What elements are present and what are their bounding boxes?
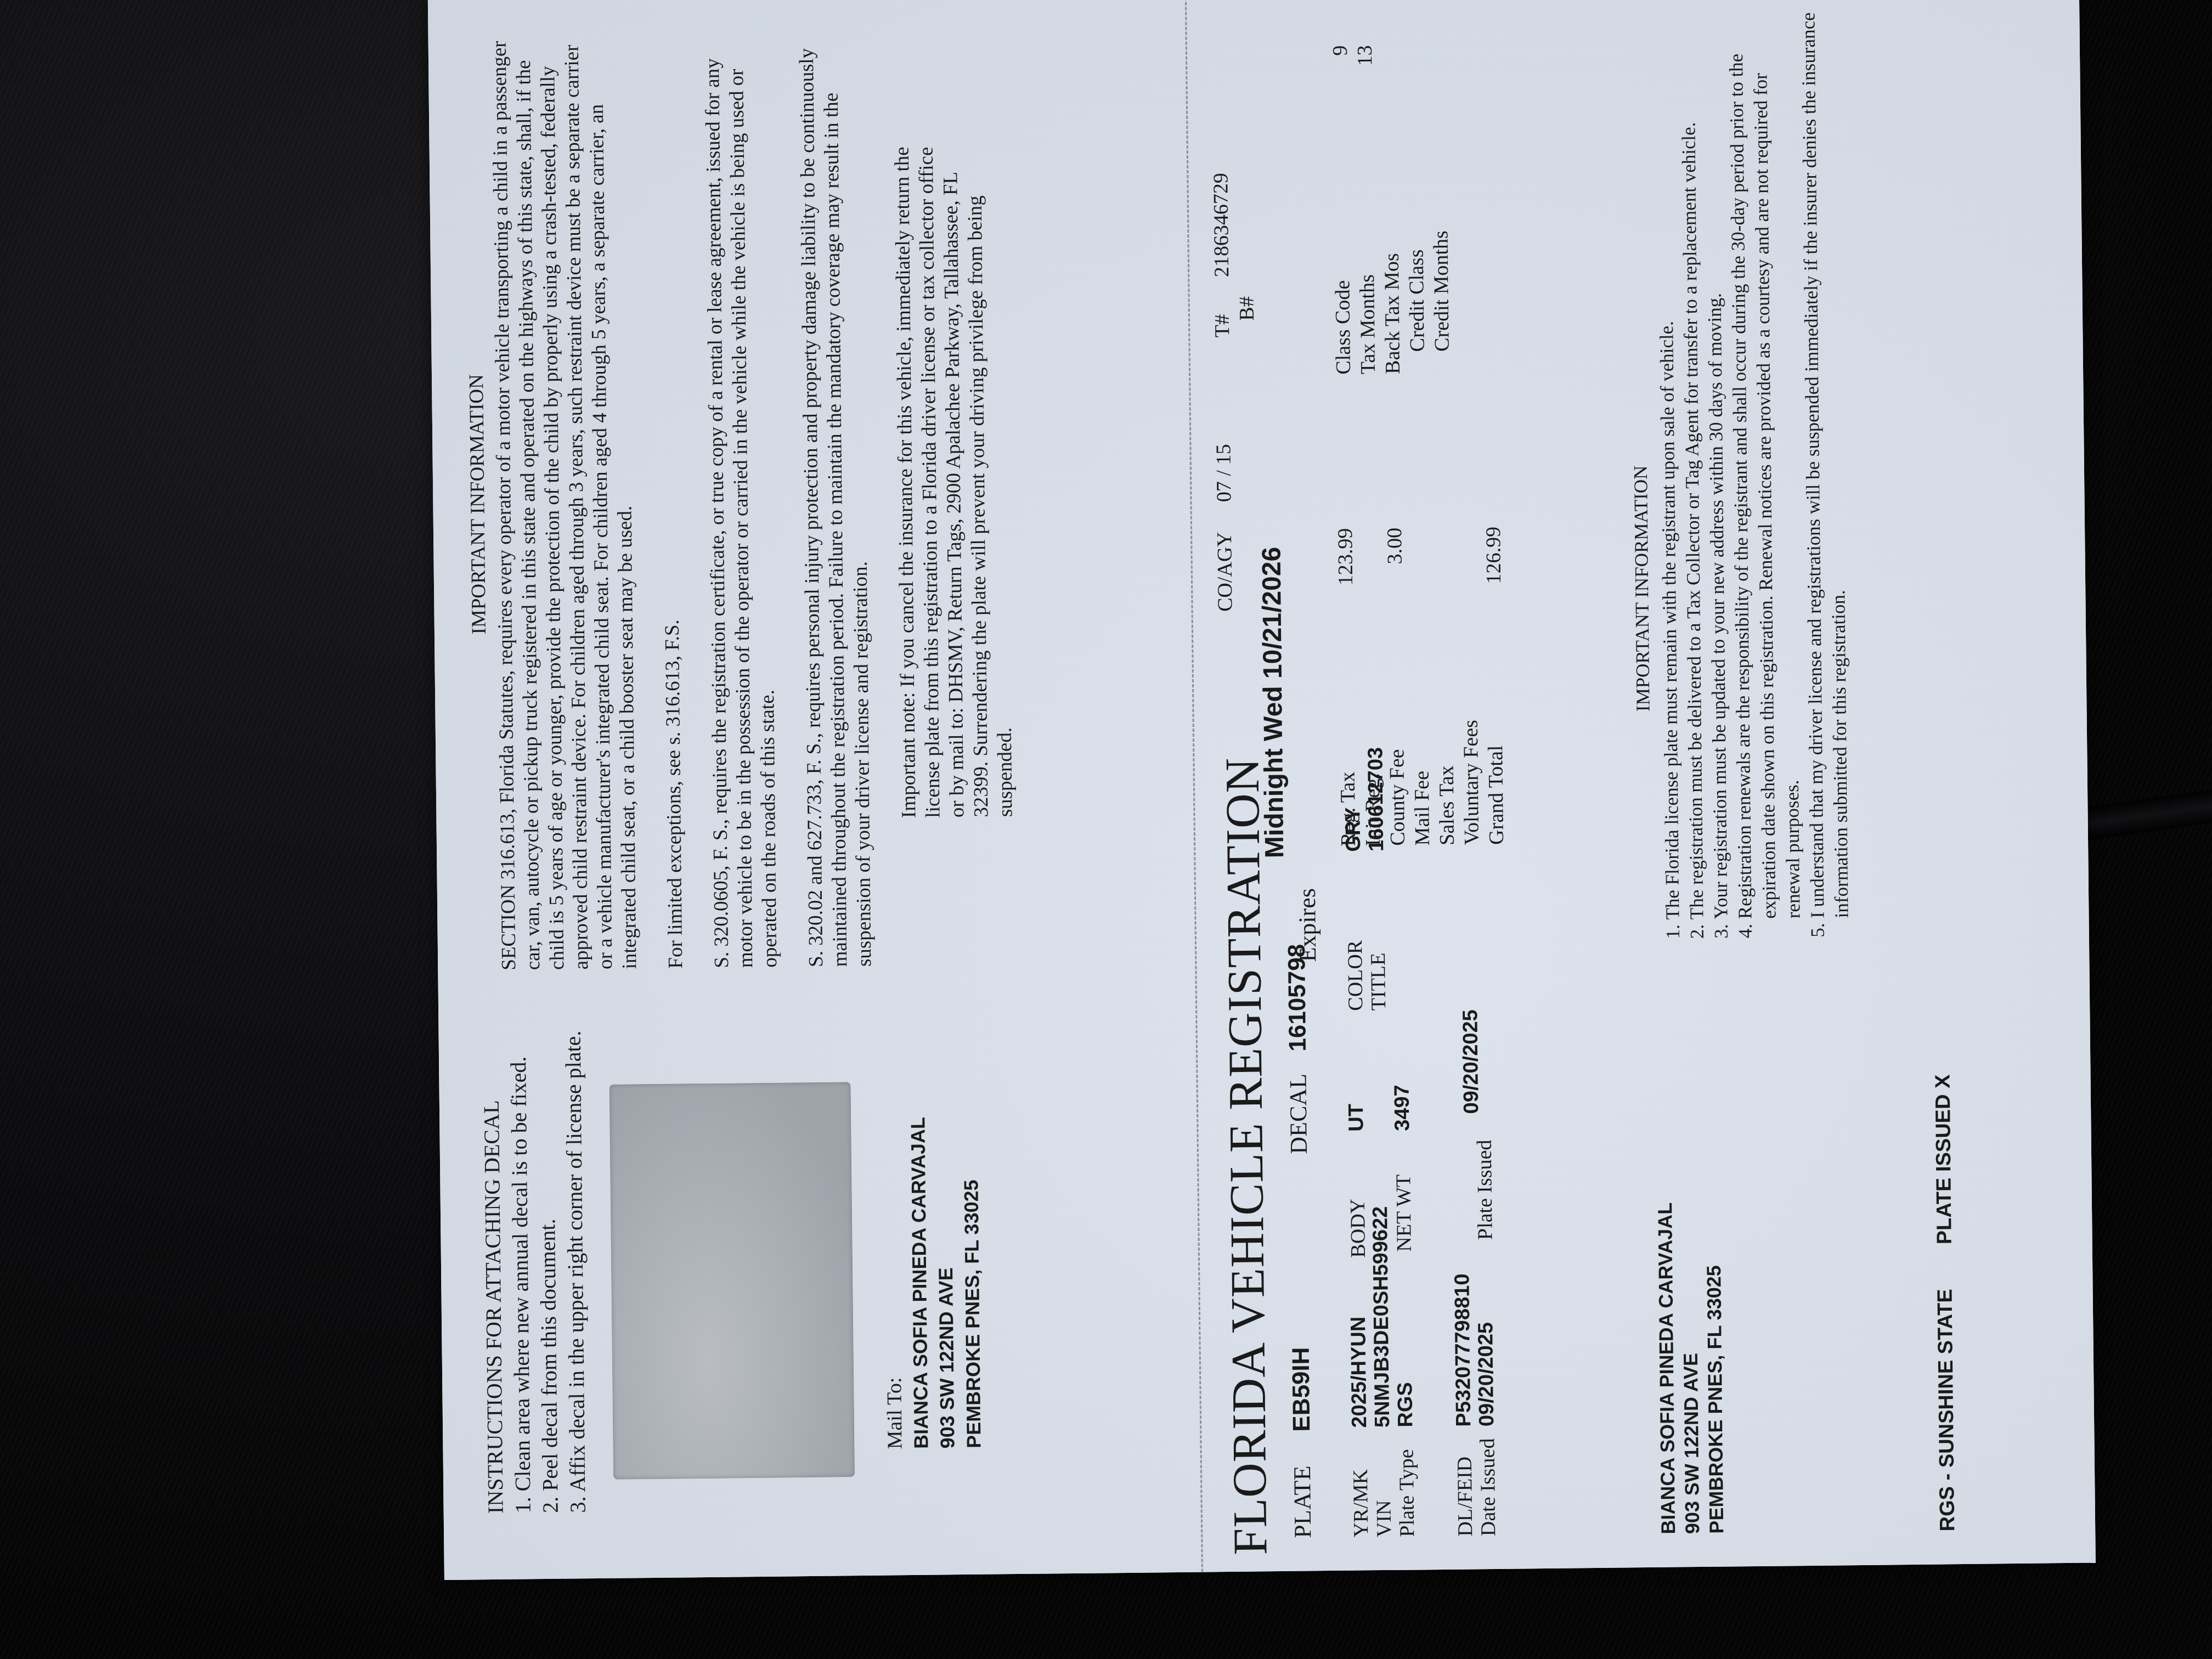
plate-issued-label: Plate Issued <box>1472 1139 1498 1240</box>
body-label: BODY <box>1346 1199 1370 1258</box>
fee-row-total: Grand Total126.99 <box>1481 461 1509 845</box>
registration-document: INSTRUCTIONS FOR ATTACHING DECAL 1. Clea… <box>428 0 2096 1580</box>
class-row: Tax Months13 <box>1352 18 1381 374</box>
plate-issued-value: 09/20/2025 <box>1459 1009 1483 1114</box>
class-info-table: Class Code9 Tax Months13 Back Tax Mos Cr… <box>1328 17 1455 375</box>
plate-issued-flag: PLATE ISSUED X <box>1932 1074 1956 1244</box>
date-issued-value: 09/20/2025 <box>1474 1322 1499 1427</box>
owner-address: BIANCA SOFIA PINEDA CARVAJAL 903 SW 122N… <box>1653 1202 1729 1534</box>
co-agy-label: CO/AGY <box>1212 532 1238 612</box>
t-number-label: T# <box>1210 314 1234 338</box>
vin-label: VIN <box>1372 1500 1397 1537</box>
mail-to-name: BIANCA SOFIA PINEDA CARVAJAL <box>905 1117 934 1449</box>
decal-instructions: INSTRUCTIONS FOR ATTACHING DECAL 1. Clea… <box>477 1019 591 1514</box>
class-row: Credit Class <box>1402 17 1430 374</box>
b-number-label: B# <box>1235 296 1259 321</box>
plate-row: PLATE EB59IH DECAL 16105798 <box>1283 944 1317 1538</box>
info-paragraph: S. 320.0605, F. S., requires the registr… <box>701 35 783 968</box>
co-agy-value: 07 / 15 <box>1211 444 1236 502</box>
owner-city: PEMBROKE PNES, FL 33025 <box>1701 1202 1729 1534</box>
fee-row: County Fee3.00 <box>1382 462 1410 846</box>
fee-row: Voluntary Fees <box>1456 461 1485 845</box>
class-row: Credit Months <box>1426 17 1455 374</box>
t-number: 2186346729 <box>1209 173 1234 277</box>
info-paragraph: S. 320.02 and 627.733, F. S., requires p… <box>795 34 877 967</box>
info-item: Registration renewals are the responsibi… <box>1724 8 1805 919</box>
expires-label: Expires <box>1293 888 1322 962</box>
plate-label: PLATE <box>1289 1465 1316 1538</box>
dl-feid-value: P532077798810 <box>1451 1273 1476 1426</box>
decal-sticker[interactable] <box>610 1082 855 1480</box>
title-label: TITLE <box>1366 952 1391 1011</box>
decal-step: 1. Clean area where new annual decal is … <box>504 1019 537 1513</box>
plate-footer: RGS - SUNSHINE STATE PLATE ISSUED X <box>1932 1074 1960 1531</box>
fee-row: Init Reg. <box>1357 462 1386 846</box>
mail-to-block: Mail To: BIANCA SOFIA PINEDA CARVAJAL 90… <box>878 1116 987 1449</box>
net-wt-label: NET WT <box>1391 1174 1416 1252</box>
fee-row: Sales Tax <box>1431 461 1460 845</box>
fee-row: Reg. Tax123.99 <box>1333 462 1361 846</box>
important-info-bottom-title: IMPORTANT INFORMATION <box>1624 9 1655 712</box>
decal-label: DECAL <box>1284 1074 1312 1154</box>
vin-value: 5NMJB3DE0SH599622 <box>1369 1206 1395 1427</box>
registration-title: FLORIDA VEHICLE REGISTRATION <box>1215 757 1278 1555</box>
net-wt-value: 3497 <box>1391 1085 1415 1131</box>
info-paragraph: SECTION 316.613, Florida Statutes, requi… <box>488 36 642 970</box>
owner-street: 903 SW 122ND AVE <box>1677 1202 1705 1534</box>
mail-to-street: 903 SW 122ND AVE <box>931 1116 961 1448</box>
perforation-line <box>1185 0 1203 1572</box>
date-issued-label: Date Issued <box>1475 1438 1500 1537</box>
expires-value: Midnight Wed 10/21/2026 <box>1256 547 1290 859</box>
plate-description: RGS - SUNSHINE STATE <box>1934 1289 1960 1531</box>
dl-feid-label: DL/FEID <box>1453 1457 1478 1537</box>
plate-number: EB59IH <box>1288 1347 1316 1432</box>
color-label: COLOR <box>1343 940 1368 1011</box>
mail-to-label: Mail To: <box>878 1117 908 1449</box>
yr-mk-label: YR/MK <box>1348 1469 1373 1538</box>
plate-type-value: RGS <box>1393 1382 1418 1427</box>
info-paragraph: For limited exceptions, see s. 316.613, … <box>654 36 689 968</box>
class-row: Class Code9 <box>1328 18 1356 375</box>
yr-mk-value: 2025/HYUN <box>1347 1317 1372 1428</box>
decal-step: 3. Affix decal in the upper right corner… <box>559 1019 591 1513</box>
fee-row: Mail Fee <box>1407 461 1435 845</box>
body-value: UT <box>1345 1104 1369 1132</box>
info-item: I understand that my driver license and … <box>1796 7 1854 918</box>
info-paragraph: Important note: If you cancel the insura… <box>890 142 1018 818</box>
class-row: Back Tax Mos <box>1377 18 1406 374</box>
mail-to-city: PEMBROKE PNES, FL 33025 <box>957 1116 987 1448</box>
owner-name: BIANCA SOFIA PINEDA CARVAJAL <box>1653 1203 1680 1534</box>
important-info-top: IMPORTANT INFORMATION SECTION 316.613, F… <box>461 32 1042 971</box>
fees-table: Reg. Tax123.99 Init Reg. County Fee3.00 … <box>1333 461 1509 847</box>
important-info-bottom: IMPORTANT INFORMATION The Florida licens… <box>1624 7 1854 942</box>
plate-type-label: Plate Type <box>1395 1449 1420 1537</box>
